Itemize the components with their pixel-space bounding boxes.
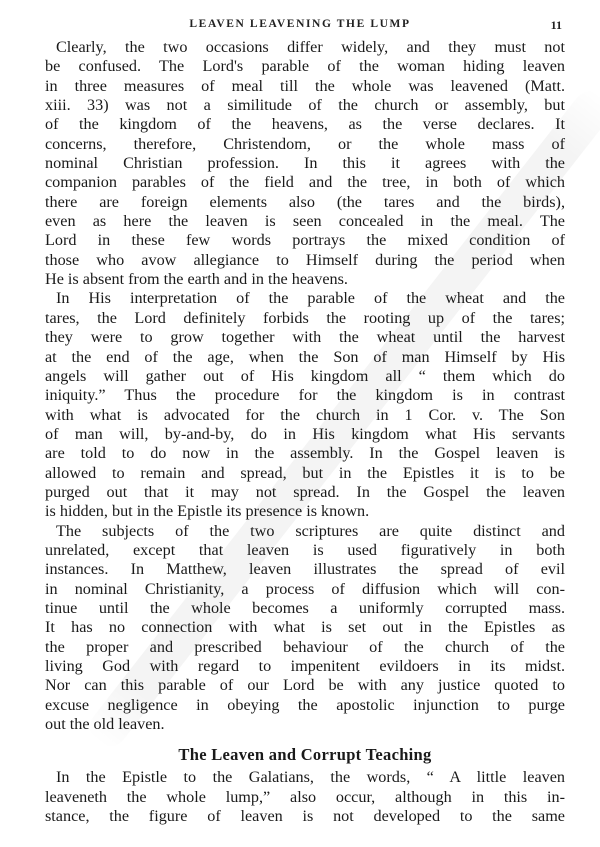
paragraph-4: In the Epistle to the Galatians, the wor… [45, 768, 565, 826]
text-line: In the Epistle to the Galatians, the wor… [45, 768, 565, 787]
text-line: leaveneth the whole lump,” also occur, a… [45, 788, 565, 807]
text-line: is hidden, but in the Epistle its presen… [45, 502, 565, 521]
text-line: in three measures of meal till the whole… [45, 77, 565, 96]
text-line: be confused. The Lord's parable of the w… [45, 57, 565, 76]
text-line: xiii. 33) was not a similitude of the ch… [45, 96, 565, 115]
text-line: even as here the leaven is seen conceale… [45, 212, 565, 231]
text-line: unrelated, except that leaven is used fi… [45, 541, 565, 560]
text-line: Nor can this parable of our Lord be with… [45, 676, 565, 695]
text-line: In His interpretation of the parable of … [45, 289, 565, 308]
text-line: living God with regard to impenitent evi… [45, 657, 565, 676]
text-line: in nominal Christianity, a process of di… [45, 580, 565, 599]
text-line: at the end of the age, when the Son of m… [45, 348, 565, 367]
text-line: Lord in these few words portrays the mix… [45, 231, 565, 250]
text-line: those who avow allegiance to Himself dur… [45, 251, 565, 270]
paragraph-3: The subjects of the two scriptures are q… [45, 522, 565, 735]
text-line: angels will gather out of His kingdom al… [45, 367, 565, 386]
text-line: allowed to remain and spread, but in the… [45, 464, 565, 483]
text-line: there are foreign elements also (the tar… [45, 193, 565, 212]
running-title: LEAVEN LEAVENING THE LUMP [0, 18, 600, 30]
text-line: Clearly, the two occasions differ widely… [45, 38, 565, 57]
text-line: concerns, therefore, Christendom, or the… [45, 135, 565, 154]
paragraph-1: Clearly, the two occasions differ widely… [45, 38, 565, 289]
body-text: Clearly, the two occasions differ widely… [45, 38, 565, 826]
text-line: The subjects of the two scriptures are q… [45, 522, 565, 541]
text-line: are told to do now in the assembly. In t… [45, 444, 565, 463]
text-line: with what is advocated for the church in… [45, 406, 565, 425]
page-number: 11 [551, 18, 562, 33]
text-line: of man will, by-and-by, do in His kingdo… [45, 425, 565, 444]
text-line: out the old leaven. [45, 715, 565, 734]
text-line: purged out that it may not spread. In th… [45, 483, 565, 502]
section-heading: The Leaven and Corrupt Teaching [45, 744, 565, 766]
text-line: excuse negligence in obeying the apostol… [45, 696, 565, 715]
paragraph-2: In His interpretation of the parable of … [45, 289, 565, 521]
text-line: tares, the Lord definitely forbids the r… [45, 309, 565, 328]
running-head: LEAVEN LEAVENING THE LUMP 11 [0, 18, 600, 38]
text-line: tinue until the whole becomes a uniforml… [45, 599, 565, 618]
text-line: the proper and prescribed behaviour of t… [45, 638, 565, 657]
text-line: nominal Christian profession. In this it… [45, 154, 565, 173]
book-page: LEAVEN LEAVENING THE LUMP 11 Clearly, th… [0, 0, 600, 847]
text-line: He is absent from the earth and in the h… [45, 270, 565, 289]
text-line: iniquity.” Thus the procedure for the ki… [45, 386, 565, 405]
text-line: stance, the figure of leaven is not deve… [45, 807, 565, 826]
text-line: It has no connection with what is set ou… [45, 618, 565, 637]
text-line: instances. In Matthew, leaven illustrate… [45, 560, 565, 579]
text-line: they were to grow together with the whea… [45, 328, 565, 347]
text-line: companion parables of the field and the … [45, 173, 565, 192]
text-line: of the kingdom of the heavens, as the ve… [45, 115, 565, 134]
